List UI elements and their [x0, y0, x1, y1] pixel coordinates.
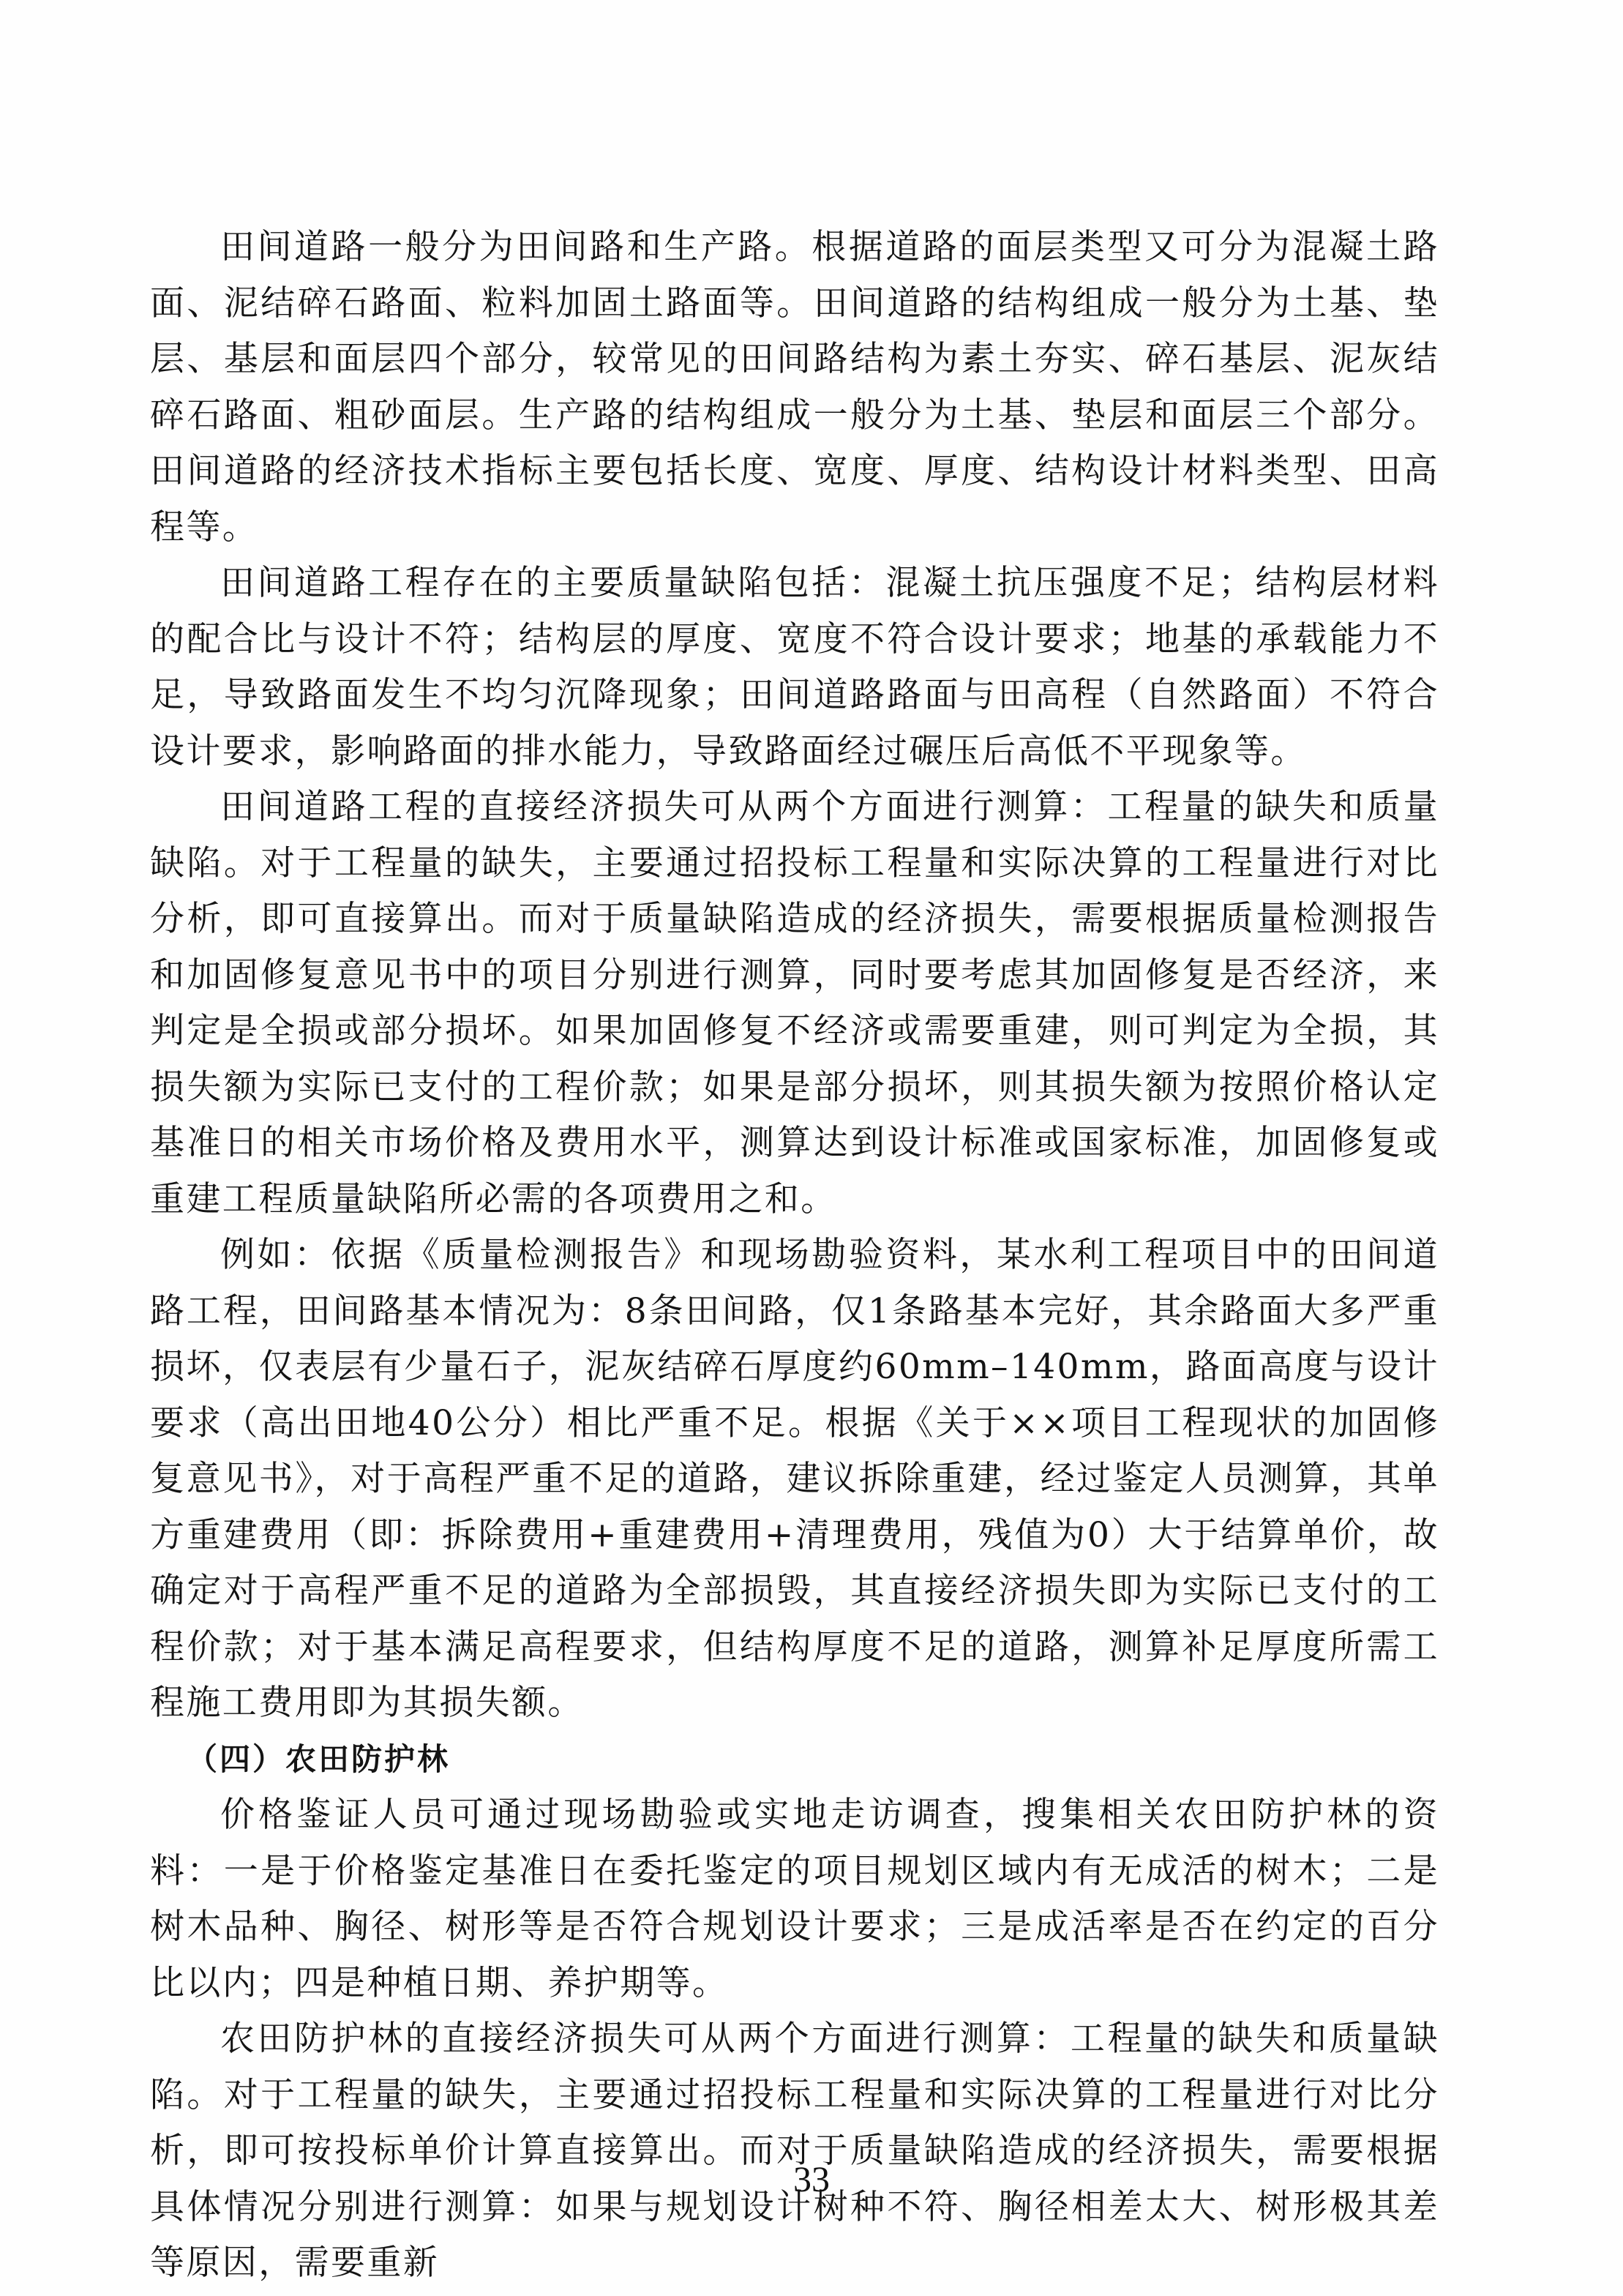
- paragraph-road-example: 例如：依据《质量检测报告》和现场勘验资料，某水利工程项目中的田间道路工程，田间路…: [150, 1227, 1439, 1732]
- body-text: 田间道路一般分为田间路和生产路。根据道路的面层类型又可分为混凝土路面、泥结碎石路…: [150, 220, 1439, 2292]
- section-heading-shelterbelt: （四）农田防护林: [150, 1732, 1439, 1788]
- paragraph-shelterbelt-loss: 农田防护林的直接经济损失可从两个方面进行测算：工程量的缺失和质量缺陷。对于工程量…: [150, 2011, 1439, 2292]
- paragraph-road-defects: 田间道路工程存在的主要质量缺陷包括：混凝土抗压强度不足；结构层材料的配合比与设计…: [150, 556, 1439, 779]
- paragraph-road-loss-calculation: 田间道路工程的直接经济损失可从两个方面进行测算：工程量的缺失和质量缺陷。对于工程…: [150, 779, 1439, 1227]
- page-number: 33: [0, 2158, 1623, 2200]
- paragraph-shelterbelt-survey: 价格鉴证人员可通过现场勘验或实地走访调查，搜集相关农田防护林的资料：一是于价格鉴…: [150, 1787, 1439, 2011]
- document-page: 田间道路一般分为田间路和生产路。根据道路的面层类型又可分为混凝土路面、泥结碎石路…: [0, 0, 1623, 2296]
- paragraph-road-types: 田间道路一般分为田间路和生产路。根据道路的面层类型又可分为混凝土路面、泥结碎石路…: [150, 220, 1439, 556]
